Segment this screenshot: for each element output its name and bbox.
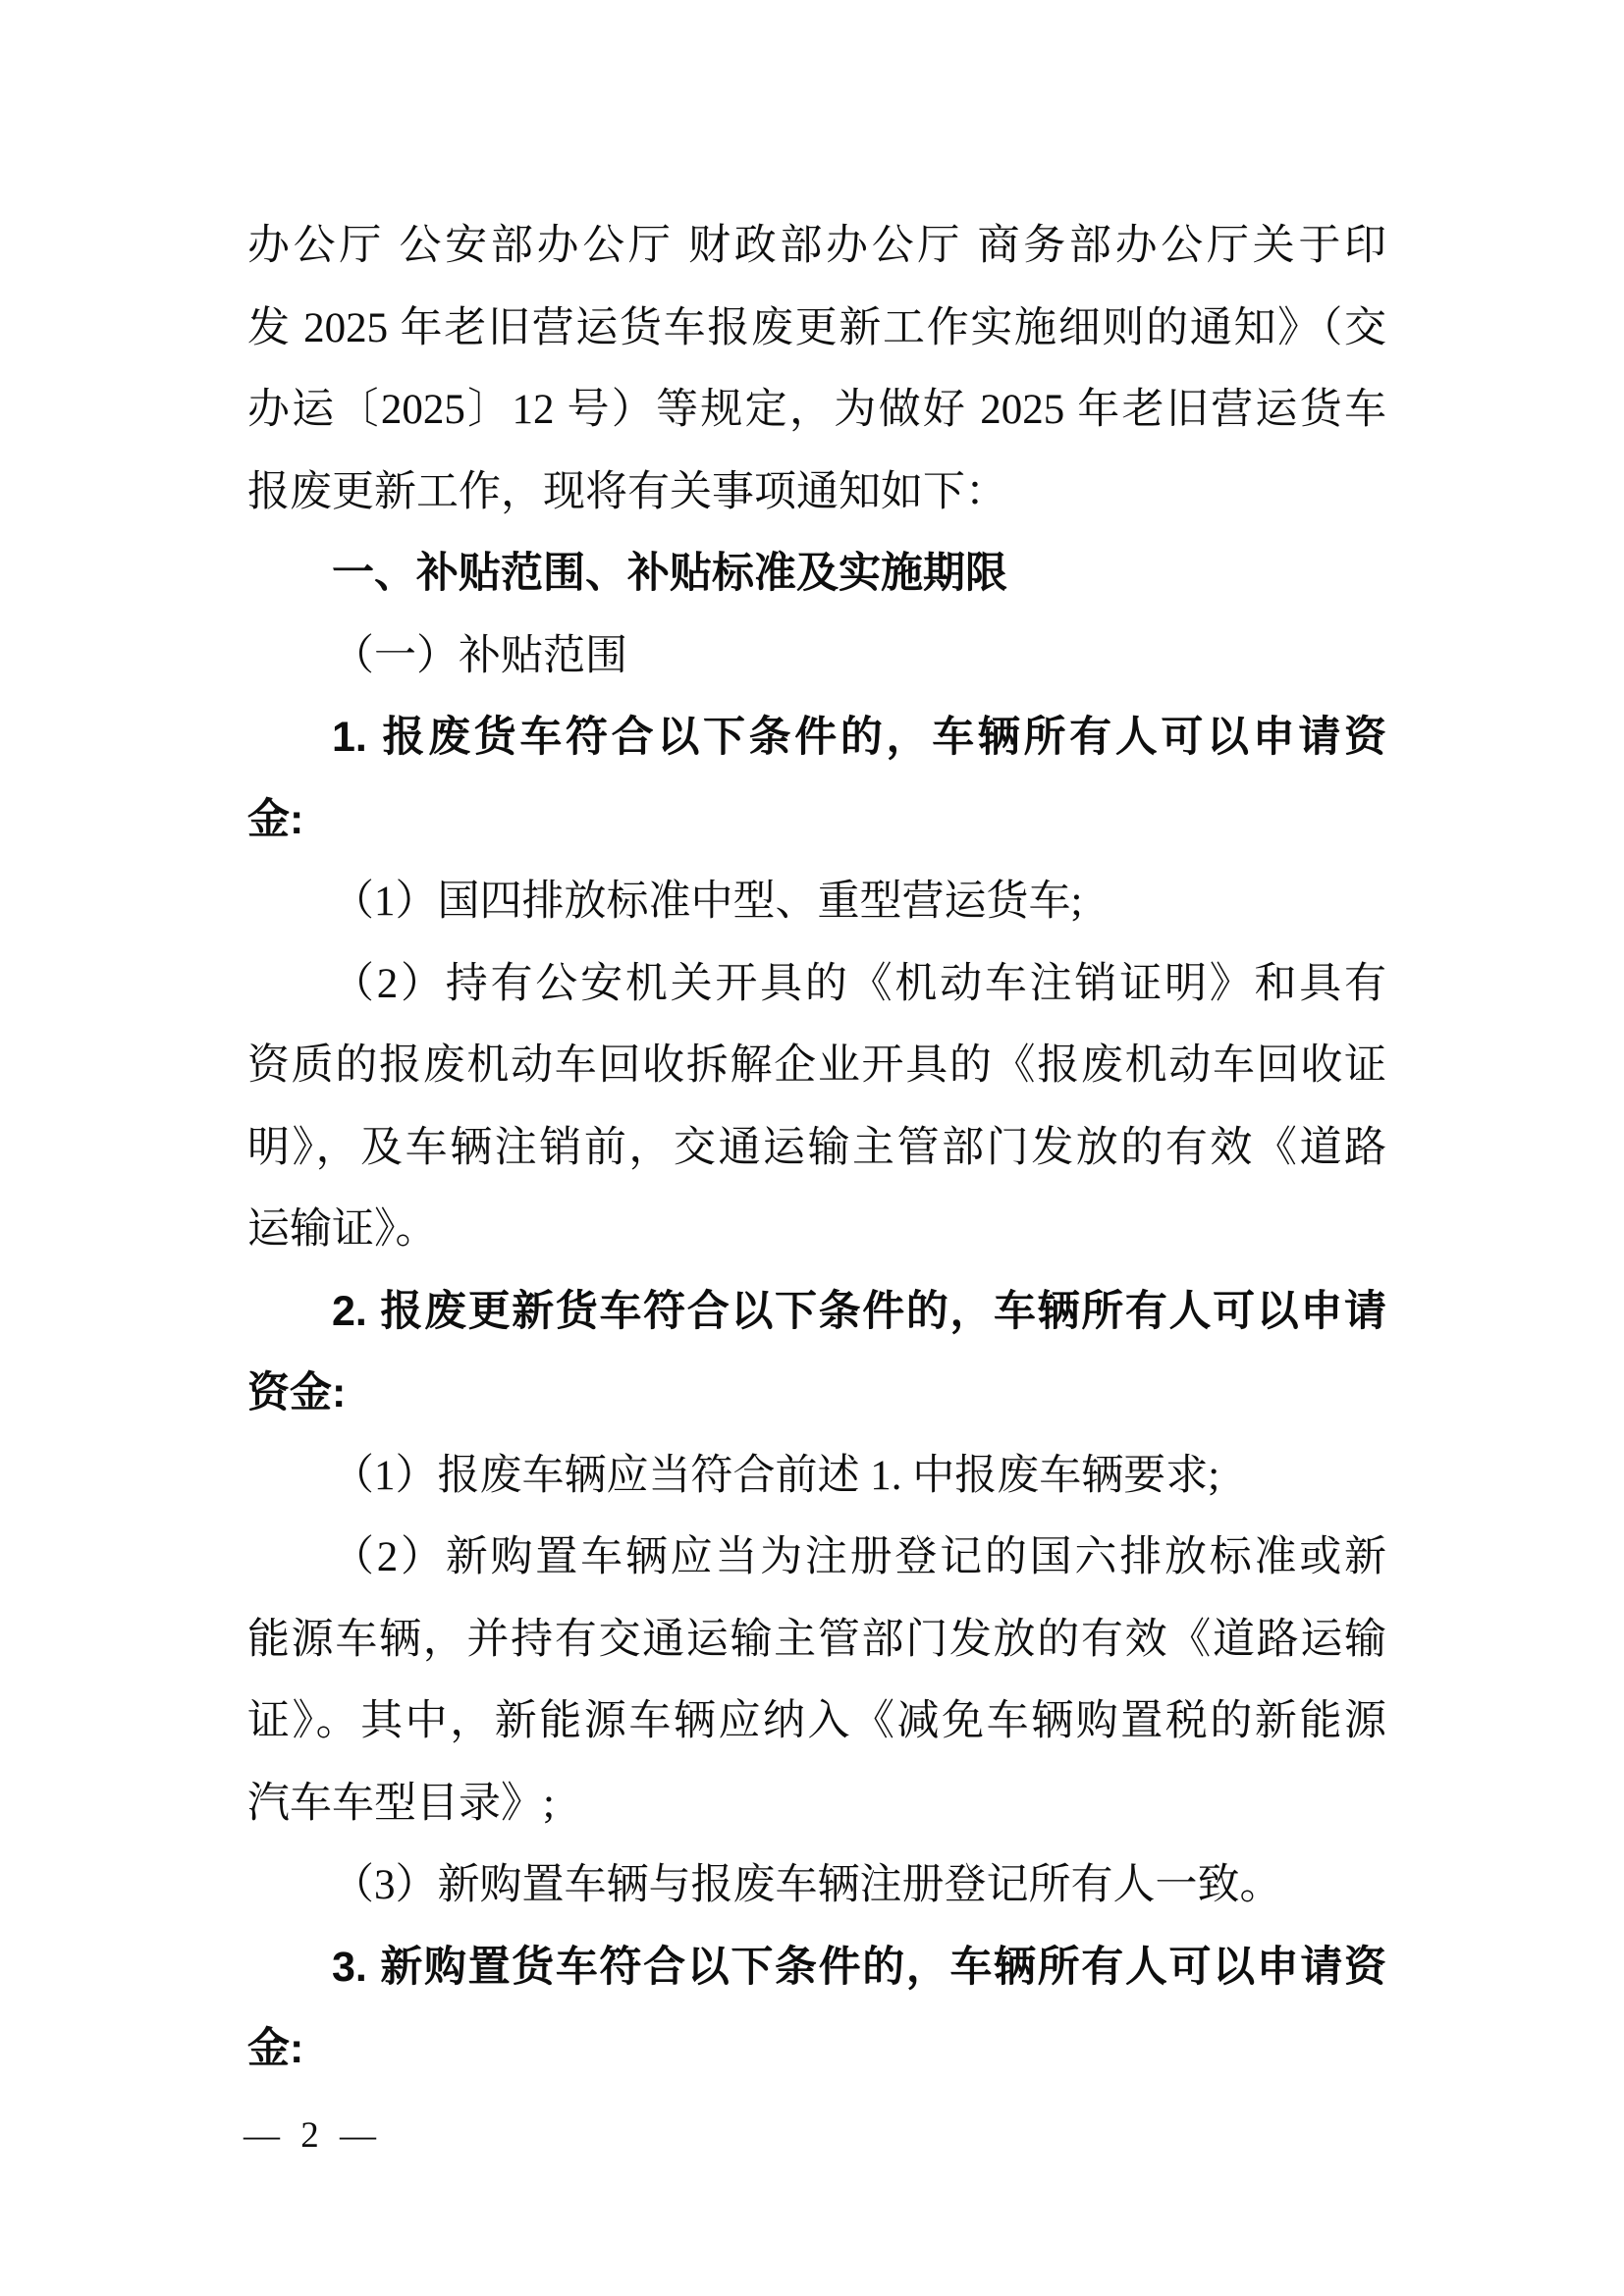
text-line: （一）补贴范围: [247, 615, 1386, 698]
text-line: 证》。其中，新能源车辆应纳入《减免车辆购置税的新能源: [247, 1681, 1386, 1763]
text-line: 金:: [247, 779, 1386, 862]
text-line: 办运〔2025〕12 号）等规定，为做好 2025 年老旧营运货车: [247, 369, 1386, 452]
text-line: （3）新购置车辆与报废车辆注册登记所有人一致。: [247, 1844, 1386, 1927]
text-line: 汽车车型目录》;: [247, 1763, 1386, 1845]
text-line: 1. 报废货车符合以下条件的，车辆所有人可以申请资: [247, 697, 1386, 779]
text-line: 2. 报废更新货车符合以下条件的，车辆所有人可以申请: [247, 1271, 1386, 1354]
text-line: （2）新购置车辆应当为注册登记的国六排放标准或新: [247, 1517, 1386, 1599]
document-body: 办公厅 公安部办公厅 财政部办公厅 商务部办公厅关于印发 2025 年老旧营运货…: [247, 205, 1386, 2091]
text-line: 报废更新工作，现将有关事项通知如下：: [247, 452, 1386, 534]
footer-page-number: — 2 —: [244, 2109, 382, 2163]
text-line: 能源车辆，并持有交通运输主管部门发放的有效《道路运输: [247, 1599, 1386, 1682]
text-line: 金:: [247, 2008, 1386, 2091]
text-line: 明》，及车辆注销前，交通运输主管部门发放的有效《道路: [247, 1107, 1386, 1190]
text-line: 办公厅 公安部办公厅 财政部办公厅 商务部办公厅关于印: [247, 205, 1386, 288]
text-line: （2）持有公安机关开具的《机动车注销证明》和具有: [247, 943, 1386, 1026]
text-line: （1）报废车辆应当符合前述 1. 中报废车辆要求;: [247, 1435, 1386, 1518]
text-line: （1）国四排放标准中型、重型营运货车;: [247, 861, 1386, 943]
document-page: 办公厅 公安部办公厅 财政部办公厅 商务部办公厅关于印发 2025 年老旧营运货…: [0, 0, 1624, 2296]
text-line: 资质的报废机动车回收拆解企业开具的《报废机动车回收证: [247, 1025, 1386, 1107]
text-line: 发 2025 年老旧营运货车报废更新工作实施细则的通知》（交: [247, 288, 1386, 370]
text-line: 3. 新购置货车符合以下条件的，车辆所有人可以申请资: [247, 1927, 1386, 2009]
text-line: 运输证》。: [247, 1189, 1386, 1271]
text-line: 一、补贴范围、补贴标准及实施期限: [247, 533, 1386, 615]
text-line: 资金:: [247, 1353, 1386, 1435]
